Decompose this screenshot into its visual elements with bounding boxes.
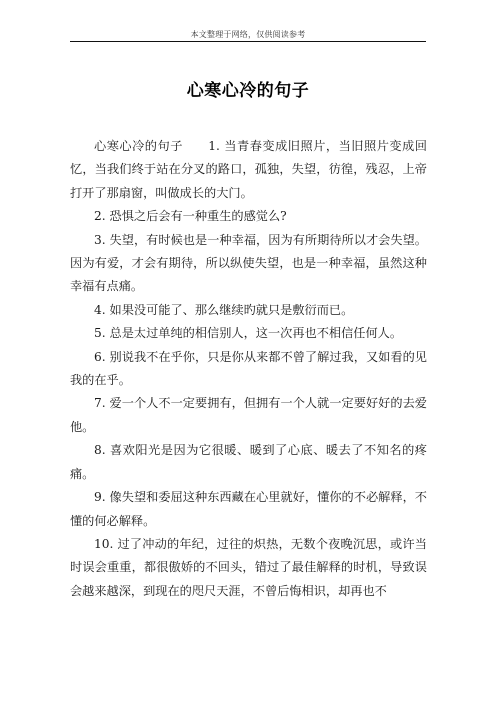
paragraph-9: 9. 像失望和委屈这种东西藏在心里就好，懂你的不必解释，不懂的何必解释。: [70, 486, 427, 533]
paragraph-7: 7. 爱一个人不一定要拥有，但拥有一个人就一定要好好的去爱他。: [70, 392, 427, 439]
paragraph-10: 10. 过了冲动的年纪，过往的炽热，无数个夜晚沉思，或许当时误会重重，都很傲娇的…: [70, 533, 427, 603]
header-divider: [70, 41, 426, 42]
document-title: 心寒心冷的句子: [0, 76, 496, 101]
paragraph-1: 心寒心冷的句子 1. 当青春变成旧照片，当旧照片变成回忆，当我们终于站在分叉的路…: [70, 135, 427, 205]
paragraph-5: 5. 总是太过单纯的相信别人，这一次再也不相信任何人。: [70, 322, 427, 345]
document-body: 心寒心冷的句子 1. 当青春变成旧照片，当旧照片变成回忆，当我们终于站在分叉的路…: [70, 135, 427, 603]
paragraph-8: 8. 喜欢阳光是因为它很暖、暖到了心底、暖去了不知名的疼痛。: [70, 439, 427, 486]
paragraph-3: 3. 失望，有时候也是一种幸福，因为有所期待所以才会失望。因为有爱，才会有期待，…: [70, 229, 427, 299]
paragraph-4: 4. 如果没可能了、那么继续旳就只是敷衍而已。: [70, 299, 427, 322]
paragraph-2: 2. 恐惧之后会有一种重生的感觉么?: [70, 205, 427, 228]
page-header-note: 本文整理于网络，仅供阅读参考: [0, 29, 496, 40]
paragraph-6: 6. 别说我不在乎你，只是你从来都不曾了解过我，又如看的见我的在乎。: [70, 346, 427, 393]
